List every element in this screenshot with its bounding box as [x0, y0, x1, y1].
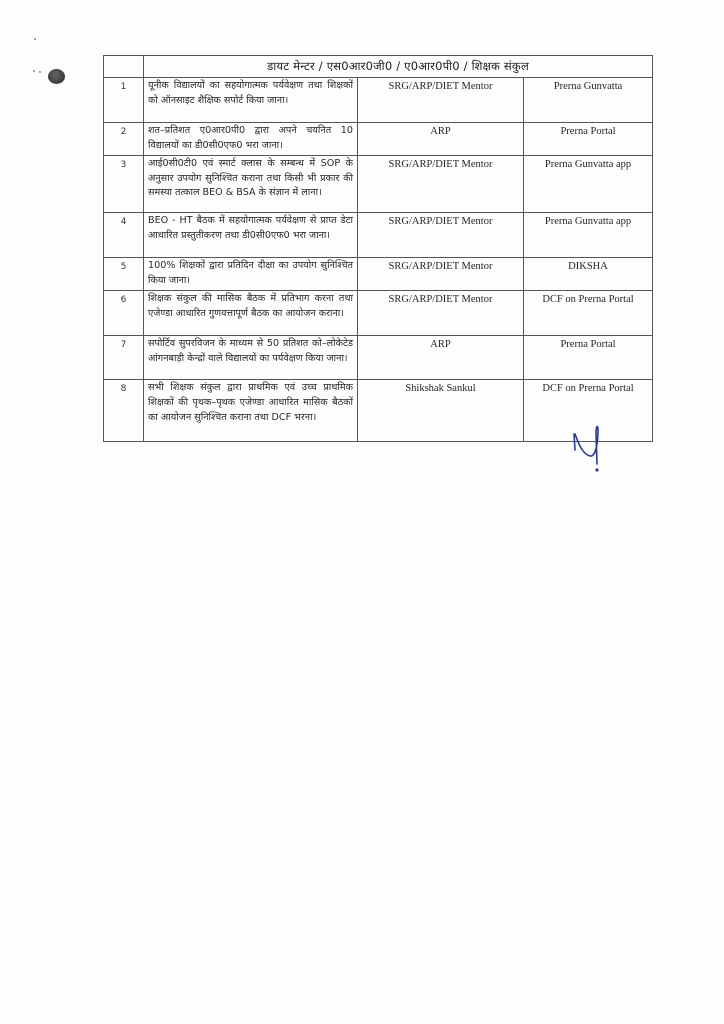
scan-speck — [39, 71, 41, 73]
header-blank-cell — [104, 56, 144, 78]
row-responsible: ARP — [358, 336, 524, 380]
table-row: 3 आई0सी0टी0 एवं स्मार्ट क्लास के सम्बन्ध… — [104, 156, 653, 213]
row-responsible: Shikshak Sankul — [358, 380, 524, 442]
row-description: 100% शिक्षकों द्वारा प्रतिदिन दीक्षा का … — [144, 258, 358, 291]
table-row: 5 100% शिक्षकों द्वारा प्रतिदिन दीक्षा क… — [104, 258, 653, 291]
row-tool: Prerna Gunvatta app — [524, 156, 653, 213]
row-description: आई0सी0टी0 एवं स्मार्ट क्लास के सम्बन्ध म… — [144, 156, 358, 213]
row-responsible: SRG/ARP/DIET Mentor — [358, 213, 524, 258]
row-number: 2 — [104, 123, 144, 156]
row-responsible: SRG/ARP/DIET Mentor — [358, 258, 524, 291]
punch-hole — [48, 69, 65, 84]
table-header-row: डायट मेन्टर / एस0आर0जी0 / ए0आर0पी0 / शिक… — [104, 56, 653, 78]
row-number: 7 — [104, 336, 144, 380]
table-row: 6 शिक्षक संकुल की मासिक बैठक में प्रतिभा… — [104, 291, 653, 336]
row-responsible: SRG/ARP/DIET Mentor — [358, 291, 524, 336]
row-tool: Prerna Gunvatta app — [524, 213, 653, 258]
row-responsible: SRG/ARP/DIET Mentor — [358, 78, 524, 123]
table-row: 1 यूनीक विद्यालयों का सहयोगात्मक पर्यवेक… — [104, 78, 653, 123]
table-row: 7 सपोर्टिव सुपरविजन के माध्यम से 50 प्रत… — [104, 336, 653, 380]
row-description: शत–प्रतिशत ए0आर0पी0 द्वारा अपने चयनित 10… — [144, 123, 358, 156]
row-description: यूनीक विद्यालयों का सहयोगात्मक पर्यवेक्ष… — [144, 78, 358, 123]
row-description: शिक्षक संकुल की मासिक बैठक में प्रतिभाग … — [144, 291, 358, 336]
row-tool: DIKSHA — [524, 258, 653, 291]
row-number: 5 — [104, 258, 144, 291]
table-header-title: डायट मेन्टर / एस0आर0जी0 / ए0आर0पी0 / शिक… — [144, 56, 653, 78]
row-number: 1 — [104, 78, 144, 123]
row-number: 4 — [104, 213, 144, 258]
row-number: 3 — [104, 156, 144, 213]
row-description: सपोर्टिव सुपरविजन के माध्यम से 50 प्रतिश… — [144, 336, 358, 380]
scan-speck — [34, 38, 36, 40]
row-description: BEO - HT बैठक में सहयोगात्मक पर्यवेक्षण … — [144, 213, 358, 258]
signature-mark — [566, 420, 616, 480]
row-tool: Prerna Portal — [524, 123, 653, 156]
row-responsible: ARP — [358, 123, 524, 156]
table-row: 2 शत–प्रतिशत ए0आर0पी0 द्वारा अपने चयनित … — [104, 123, 653, 156]
table-row: 4 BEO - HT बैठक में सहयोगात्मक पर्यवेक्ष… — [104, 213, 653, 258]
row-number: 6 — [104, 291, 144, 336]
row-tool: Prerna Portal — [524, 336, 653, 380]
row-description: सभी शिक्षक संकुल द्वारा प्राथमिक एवं उच्… — [144, 380, 358, 442]
row-tool: DCF on Prerna Portal — [524, 291, 653, 336]
action-plan-table: डायट मेन्टर / एस0आर0जी0 / ए0आर0पी0 / शिक… — [103, 55, 653, 442]
scan-speck — [33, 70, 35, 72]
row-number: 8 — [104, 380, 144, 442]
row-tool: Prerna Gunvatta — [524, 78, 653, 123]
row-responsible: SRG/ARP/DIET Mentor — [358, 156, 524, 213]
